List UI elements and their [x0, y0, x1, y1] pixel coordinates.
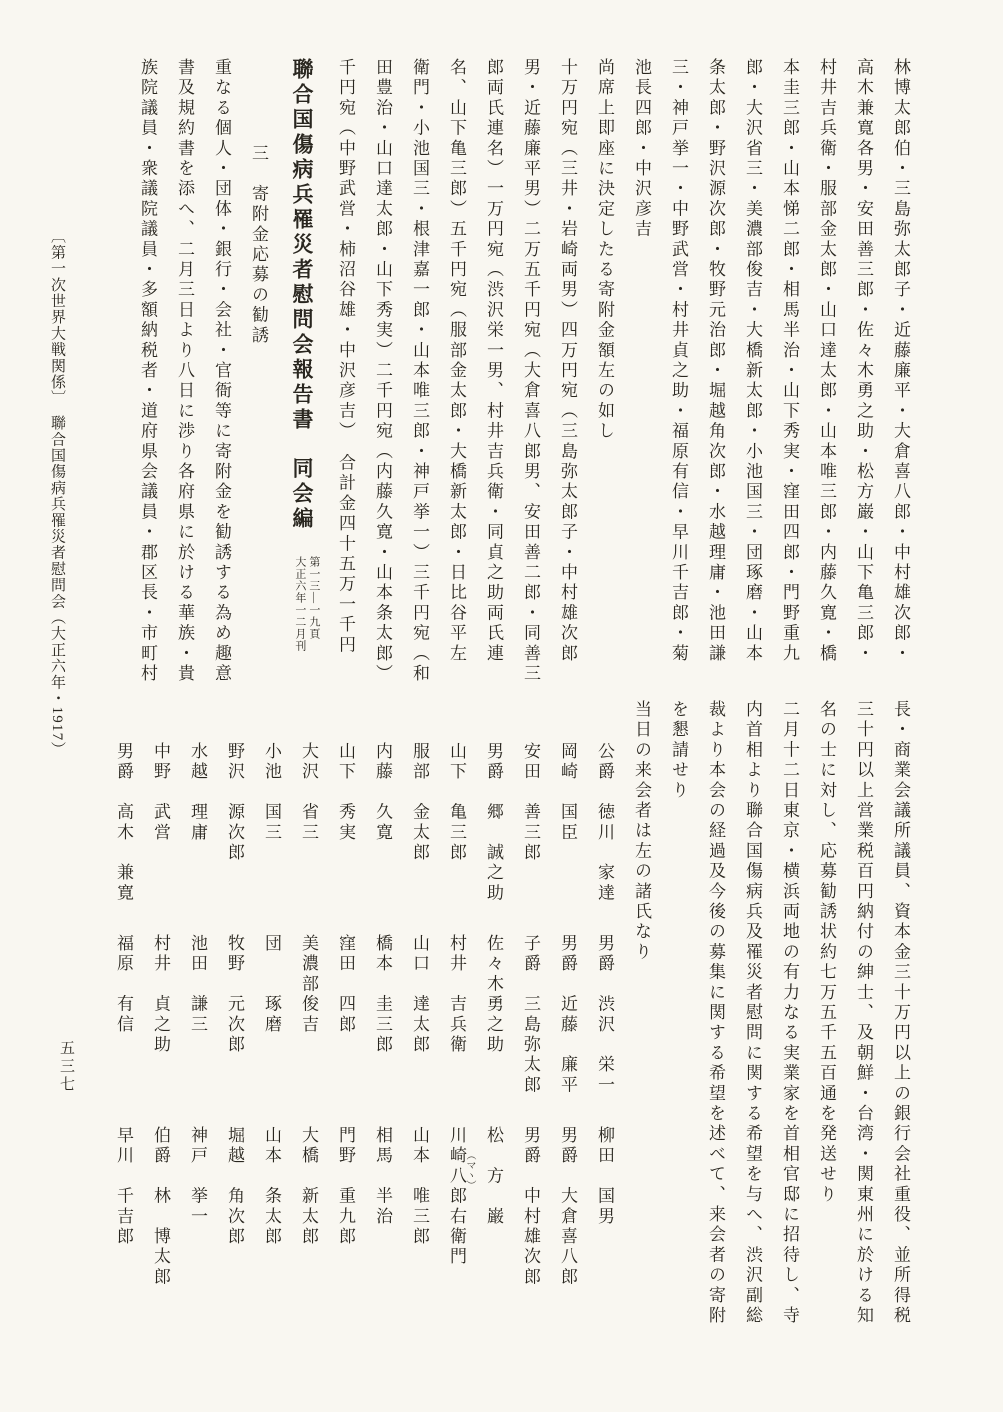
- source-editor: 同会編: [290, 457, 314, 532]
- attendee-column: 水越 理庸池田 謙三神戸 挙一: [179, 700, 216, 1365]
- attendee-entry: 内藤 久寛: [364, 742, 401, 934]
- upper-body: 重なる個人・団体・銀行・会社・官衙等に寄附金を勧誘する為め趣意書及規約書を添へ、…: [129, 58, 240, 710]
- body-line: 内首相より聯合国傷病兵及罹災者慰問に関する希望を与へ、渋沢副総: [734, 700, 771, 1365]
- attendees-list: 公爵 徳川 家達男爵 渋沢 栄一柳田 国男岡崎 国臣男爵 近藤 廉平男爵 大倉喜…: [105, 700, 623, 1365]
- attendee-entry: 牧野 元次郎: [216, 934, 253, 1126]
- body-line: 族院議員・衆議院議員・多額納税者・道府県会議員・郡区長・市町村: [129, 58, 166, 710]
- body-line: 名の士に対し、応募勧誘状約七万五千五百通を発送せり: [808, 700, 845, 1365]
- body-line: 三十円以上営業税百円納付の紳士、及朝鮮・台湾・関東州に於ける知: [845, 700, 882, 1365]
- attendee-entry: 福原 有信: [105, 934, 142, 1126]
- attendee-column: 野沢 源次郎牧野 元次郎堀越 角次郎: [216, 700, 253, 1365]
- donation-intro-line: 尚席上即座に決定したる寄附金額左の如し: [586, 58, 623, 710]
- attendee-entry: 大沢 省三: [290, 742, 327, 934]
- names-line: 条太郎・野沢源次郎・牧野元治郎・堀越角次郎・水越理庸・池田謙: [697, 58, 734, 710]
- attendee-entry: 男爵 高木 兼寛: [105, 742, 142, 934]
- donation-amounts: 十万円宛（三井・岩崎両男）四万円宛（三島弥太郎子・中村雄次郎男・近藤廉平男）二万…: [327, 58, 586, 710]
- attendee-column: 公爵 徳川 家達男爵 渋沢 栄一柳田 国男: [586, 700, 623, 1365]
- attendee-entry: 門野 重九郎: [327, 1126, 364, 1318]
- attendee-entry: 子爵 三島弥太郎: [512, 934, 549, 1126]
- names-continuation: 林博太郎伯・三島弥太郎子・近藤廉平・大倉喜八郎・中村雄次郎・高木兼寛各男・安田善…: [623, 58, 919, 710]
- attendee-entry: 野沢 源次郎: [216, 742, 253, 934]
- body-line: 書及規約書を添へ、二月三日より八日に渉り各府県に於ける華族・貴: [166, 58, 203, 710]
- attendee-column: 岡崎 国臣男爵 近藤 廉平男爵 大倉喜八郎: [549, 700, 586, 1365]
- lower-body-2: 二月十二日東京・横浜両地の有力なる実業家を首相官邸に招待し、寺内首相より聯合国傷…: [660, 700, 808, 1365]
- lower-body-1: 長・商業会議所議員、資本金三十万円以上の銀行会社重役、並所得税三十円以上営業税百…: [808, 700, 919, 1365]
- source-note: 第一三―一九頁大正六年一二月刊: [293, 556, 321, 652]
- attendee-entry: 堀越 角次郎: [216, 1126, 253, 1318]
- sic-annotation: （マヽ）: [464, 1150, 475, 1190]
- attendee-entry: 男爵 中村雄次郎: [512, 1126, 549, 1318]
- attendee-entry: 岡崎 国臣: [549, 742, 586, 934]
- attendee-entry: 山本 唯三郎: [401, 1126, 438, 1318]
- donation-line: 千円宛（中野武営・柿沼谷雄・中沢彦吉） 合計金四十五万一千円: [327, 58, 364, 710]
- names-line: 郎・大沢省三・美濃部俊吉・大橋新太郎・小池国三・団琢磨・山本: [734, 58, 771, 710]
- attendee-entry: 柳田 国男: [586, 1126, 623, 1318]
- names-line: 三・神戸挙一・中野武営・村井貞之助・福原有信・早川千吉郎・菊: [660, 58, 697, 710]
- attendee-column: 小池 国三団 琢磨山本 条太郎: [253, 700, 290, 1365]
- attendee-entry: 中野 武営: [142, 742, 179, 934]
- names-line: 本圭三郎・山本悌二郎・相馬半治・山下秀実・窪田四郎・門野重九: [771, 58, 808, 710]
- donation-line: 十万円宛（三井・岩崎両男）四万円宛（三島弥太郎子・中村雄次郎: [549, 58, 586, 710]
- attendee-entry: 美濃部俊吉: [290, 934, 327, 1126]
- attendee-entry: 服部 金太郎: [401, 742, 438, 934]
- body-line: 長・商業会議所議員、資本金三十万円以上の銀行会社重役、並所得税: [882, 700, 919, 1365]
- section-heading: 三 寄附金応募の勧誘: [240, 58, 277, 710]
- document-page: 林博太郎伯・三島弥太郎子・近藤廉平・大倉喜八郎・中村雄次郎・高木兼寛各男・安田善…: [0, 0, 1003, 1412]
- donation-line: 名、山下亀三郎）五千円宛（服部金太郎・大橋新太郎・日比谷平左: [438, 58, 475, 710]
- attendee-entry: 相馬 半治: [364, 1126, 401, 1318]
- source-note-pages: 第一三―一九頁: [307, 556, 321, 652]
- donation-line: 郎両氏連名）一万円宛（渋沢栄一男、村井吉兵衛・同貞之助両氏連: [475, 58, 512, 710]
- attendee-column: 男爵 郷 誠之助佐々木勇之助松 方 巌: [475, 700, 512, 1365]
- attendee-entry: 安田 善三郎: [512, 742, 549, 934]
- body-line: 二月十二日東京・横浜両地の有力なる実業家を首相官邸に招待し、寺: [771, 700, 808, 1365]
- body-line: 重なる個人・団体・銀行・会社・官衙等に寄附金を勧誘する為め趣意: [203, 58, 240, 710]
- lower-text-block: 長・商業会議所議員、資本金三十万円以上の銀行会社重役、並所得税三十円以上営業税百…: [105, 700, 919, 1365]
- attendee-entry: 早川 千吉郎: [105, 1126, 142, 1318]
- attendee-entry: 水越 理庸: [179, 742, 216, 934]
- attendee-entry: 公爵 徳川 家達: [586, 742, 623, 934]
- attendee-entry: 山下 秀実: [327, 742, 364, 934]
- attendee-column: 山下 秀実窪田 四郎門野 重九郎: [327, 700, 364, 1365]
- attendee-entry: 男爵 大倉喜八郎: [549, 1126, 586, 1318]
- attendee-column: 男爵 高木 兼寛福原 有信早川 千吉郎: [105, 700, 142, 1365]
- upper-text-block: 林博太郎伯・三島弥太郎子・近藤廉平・大倉喜八郎・中村雄次郎・高木兼寛各男・安田善…: [129, 58, 919, 710]
- donation-line: 田豊治・山口達太郎・山下秀実）二千円宛（内藤久寛・山本条太郎）: [364, 58, 401, 710]
- attendee-entry: 団 琢磨: [253, 934, 290, 1126]
- body-line: 裁より本会の経過及今後の募集に関する希望を述べて、来会者の寄附: [697, 700, 734, 1365]
- names-line: 高木兼寛各男・安田善三郎・佐々木勇之助・松方巌・山下亀三郎・: [845, 58, 882, 710]
- attendee-entry: 伯爵 林 博太郎: [142, 1126, 179, 1318]
- attendee-column: 大沢 省三美濃部俊吉大橋 新太郎: [290, 700, 327, 1365]
- attendee-column: 中野 武営村井 貞之助伯爵 林 博太郎: [142, 700, 179, 1365]
- attendee-entry: 山本 条太郎: [253, 1126, 290, 1318]
- source-citation: 聯合国傷病兵罹災者慰問会報告書同会編第一三―一九頁大正六年一二月刊: [277, 58, 327, 710]
- attendee-entry: 山下 亀三郎: [438, 742, 475, 934]
- attendee-entry: 男爵 渋沢 栄一: [586, 934, 623, 1126]
- names-line: 池長四郎・中沢彦吉: [623, 58, 660, 710]
- attendee-entry: 松 方 巌: [475, 1126, 512, 1318]
- source-title: 聯合国傷病兵罹災者慰問会報告書: [290, 58, 314, 433]
- attendee-entry: 橋本 圭三郎: [364, 934, 401, 1126]
- margin-caption: 〔第一次世界大戦関係〕 聯合国傷病兵罹災者慰問会（大正六年・1917）: [46, 228, 68, 758]
- attendee-entry: 男爵 郷 誠之助: [475, 742, 512, 934]
- body-line: を懇請せり: [660, 700, 697, 1365]
- attendee-entry: 村井 吉兵衛: [438, 934, 475, 1126]
- source-note-issue: 大正六年一二月刊: [293, 556, 307, 652]
- attendee-entry: 窪田 四郎: [327, 934, 364, 1126]
- attendee-entry: 神戸 挙一: [179, 1126, 216, 1318]
- attendee-entry: 村井 貞之助: [142, 934, 179, 1126]
- donation-line: 男・近藤廉平男）二万五千円宛（大倉喜八郎男、安田善二郎・同善三: [512, 58, 549, 710]
- names-line: 林博太郎伯・三島弥太郎子・近藤廉平・大倉喜八郎・中村雄次郎・: [882, 58, 919, 710]
- page-number: 五三七: [56, 1040, 77, 1094]
- attendee-column: 山下 亀三郎村井 吉兵衛川崎八郎右衛門: [438, 700, 475, 1365]
- attendees-intro-line: 当日の来会者は左の諸氏なり: [623, 700, 660, 1365]
- attendee-entry: 小池 国三: [253, 742, 290, 934]
- attendee-column: 服部 金太郎山口 達太郎山本 唯三郎: [401, 700, 438, 1365]
- attendee-column: 内藤 久寛橋本 圭三郎相馬 半治: [364, 700, 401, 1365]
- attendee-entry: 佐々木勇之助: [475, 934, 512, 1126]
- names-line: 村井吉兵衛・服部金太郎・山口達太郎・山本唯三郎・内藤久寛・橋: [808, 58, 845, 710]
- attendee-entry: 池田 謙三: [179, 934, 216, 1126]
- donation-line: 衛門・小池国三・根津嘉一郎・山本唯三郎・神戸挙一）三千円宛（和: [401, 58, 438, 710]
- attendee-column: 安田 善三郎子爵 三島弥太郎男爵 中村雄次郎: [512, 700, 549, 1365]
- attendee-entry: 男爵 近藤 廉平: [549, 934, 586, 1126]
- attendee-entry: 山口 達太郎: [401, 934, 438, 1126]
- attendee-entry: 大橋 新太郎: [290, 1126, 327, 1318]
